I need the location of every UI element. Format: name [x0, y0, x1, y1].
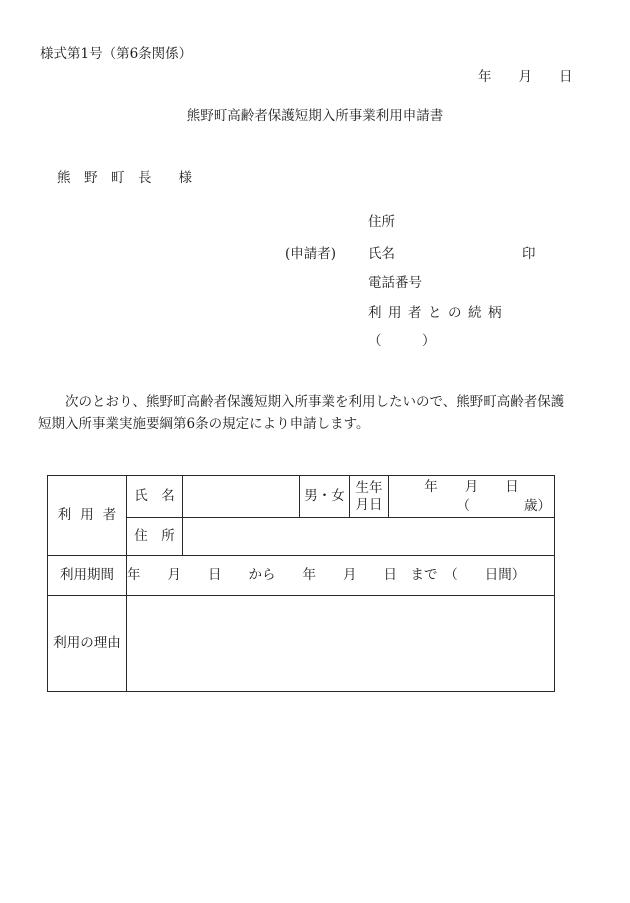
- birth-label-line1: 生年: [350, 480, 388, 497]
- application-form-page: 様式第1号（第6条関係） 年 月 日 熊野町高齢者保護短期入所事業利用申請書 熊…: [0, 0, 630, 903]
- table-reason-field: [127, 596, 555, 692]
- table-name-field: [183, 476, 300, 518]
- table-birth-field: 年 月 日（ 歳）: [389, 476, 555, 518]
- body-line-1: 次のとおり、熊野町高齢者保護短期入所事業を利用したいので、熊野町高齢者保護: [38, 394, 564, 410]
- applicant-name-label: 氏名: [368, 246, 395, 262]
- form-number: 様式第1号（第6条関係）: [40, 46, 192, 62]
- application-table: 利用者 氏 名 男・女 生年月日 年 月 日（ 歳） 住 所 利用期間 年 月 …: [47, 475, 555, 692]
- birth-age-line: （ 歳）: [389, 497, 554, 516]
- table-birth-label: 生年月日: [350, 476, 389, 518]
- page-title: 熊野町高齢者保護短期入所事業利用申請書: [0, 108, 630, 124]
- applicant-relation-label: 利用者との続柄: [368, 305, 508, 321]
- seal-mark: 印: [522, 246, 536, 262]
- date-line: 年 月 日: [478, 69, 573, 85]
- applicant-phone-label: 電話番号: [368, 275, 422, 291]
- addressee-mayor: 熊 野 町 長 様: [57, 170, 192, 186]
- table-address-label: 住 所: [127, 518, 183, 556]
- applicant-address-label: 住所: [368, 214, 395, 230]
- table-gender-options: 男・女: [300, 476, 350, 518]
- table-period-label: 利用期間: [48, 556, 127, 596]
- applicant-relation-parens: （ ）: [368, 333, 436, 349]
- body-paragraph: 次のとおり、熊野町高齢者保護短期入所事業を利用したいので、熊野町高齢者保護短期入…: [38, 391, 598, 435]
- table-user-label: 利用者: [48, 476, 127, 556]
- table-period-field: 年 月 日 から 年 月 日 まで （ 日間）: [127, 556, 555, 596]
- table-name-label: 氏 名: [127, 476, 183, 518]
- applicant-label: (申請者): [285, 246, 336, 262]
- table-address-field: [183, 518, 555, 556]
- table-reason-label: 利用の理由: [48, 596, 127, 692]
- birth-date-line: 年 月 日: [389, 478, 554, 497]
- birth-label-line2: 月日: [350, 497, 388, 514]
- body-line-2: 短期入所事業実施要綱第6条の規定により申請します。: [38, 416, 370, 432]
